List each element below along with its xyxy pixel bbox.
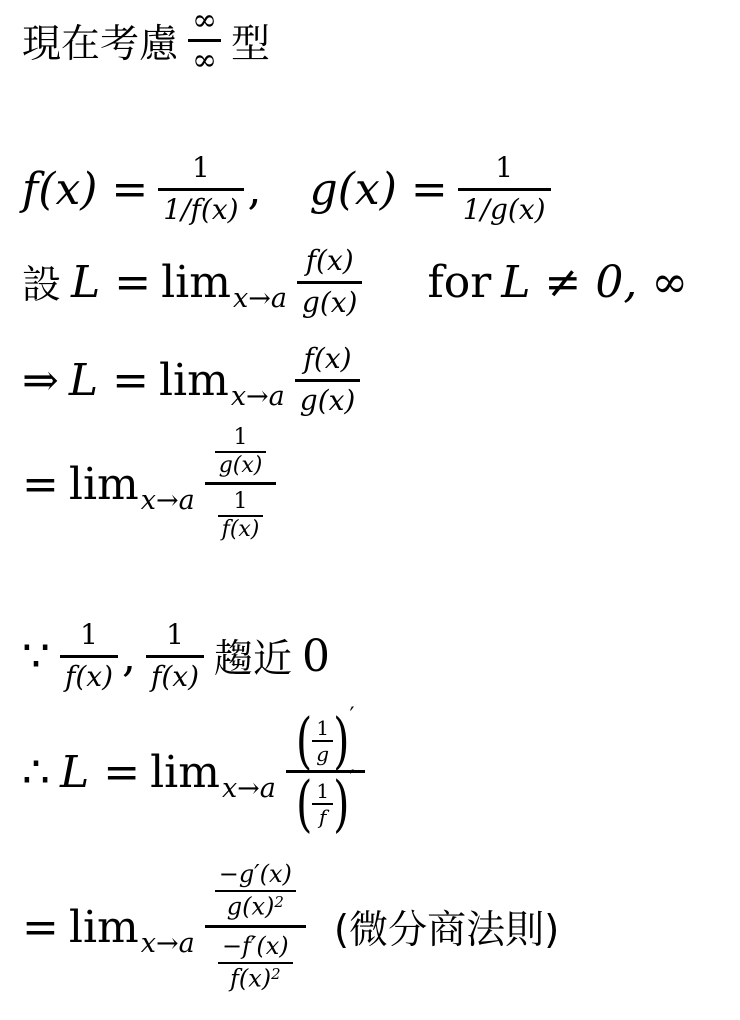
fraction-denominator: f(x)2 — [218, 964, 293, 992]
one-over-f-fraction: 1 f(x) — [60, 619, 118, 692]
let-word: 設 — [22, 254, 61, 310]
fraction-denominator: g(x)2 — [215, 892, 296, 920]
one-over-f-derivative: (1f)′ — [296, 779, 355, 828]
limit-operator: limx→a — [150, 747, 276, 798]
for-word: for — [427, 257, 491, 308]
f-definition-lhs: f(x) = — [22, 164, 148, 215]
definition-line: f(x) = 1 1/f(x) , g(x) = 1 1/g(x) — [22, 150, 551, 228]
one-over-g-derivative: (1g)′ — [296, 716, 355, 765]
lim-word: lim — [69, 902, 139, 953]
condition-text: L ≠ 0, ∞ — [501, 257, 688, 308]
title-suffix: 型 — [231, 13, 270, 69]
limit-setup-line: 設 L = limx→a f(x) g(x) for L ≠ 0, ∞ — [22, 243, 688, 321]
outer-numerator: (1g)′ — [286, 716, 365, 773]
fraction-numerator: 1 — [218, 491, 264, 517]
therefore-symbol: ∴ — [22, 747, 50, 798]
fraction-numerator: f(x) — [297, 245, 363, 283]
f-over-g-fraction: f(x) g(x) — [295, 343, 361, 416]
zero-value: 0 — [302, 631, 330, 682]
fraction-numerator: 1 — [312, 718, 333, 742]
implication-line: ⇒ L = limx→a f(x) g(x) — [22, 340, 360, 420]
fraction-numerator: f(x) — [295, 343, 361, 381]
fraction-numerator: 1 — [60, 619, 118, 657]
limit-subscript: x→a — [222, 773, 276, 804]
infinity-over-infinity-fraction: ∞ ∞ — [188, 4, 221, 79]
L-equals: L = — [60, 747, 140, 798]
limit-operator: limx→a — [159, 355, 285, 406]
denominator-base: f(x) — [230, 964, 271, 992]
limit-operator: limx→a — [69, 902, 195, 953]
one-over-f-fraction: 1 f(x) — [218, 491, 264, 541]
one-over-g-fraction: 1 g(x) — [215, 427, 267, 477]
one-over-f-fraction: 1 f(x) — [146, 619, 204, 692]
lim-word: lim — [159, 355, 229, 406]
squared-exponent: 2 — [274, 893, 283, 911]
fraction-denominator: f(x) — [60, 658, 118, 693]
therefore-line: ∴ L = limx→a (1g)′ (1f)′ — [22, 712, 365, 832]
prime-symbol: ′ — [349, 767, 354, 792]
outer-denominator: −f′(x) f(x)2 — [205, 928, 306, 992]
fraction-numerator: −f′(x) — [218, 934, 293, 964]
limit-subscript: x→a — [141, 485, 195, 516]
g-reciprocal-fraction: 1 1/g(x) — [458, 152, 551, 225]
derivative-ratio-fraction: (1g)′ (1f)′ — [286, 716, 365, 828]
f-derivative-fraction: −f′(x) f(x)2 — [218, 934, 293, 992]
title-prefix: 現在考慮 — [22, 13, 178, 69]
fraction-denominator: g(x) — [215, 453, 267, 477]
lim-word: lim — [69, 459, 139, 510]
fraction-numerator: −g′(x) — [215, 862, 296, 892]
quotient-rule-note: (微分商法則) — [334, 899, 559, 955]
outer-denominator: (1f)′ — [286, 773, 365, 828]
prime-symbol: ′ — [350, 704, 355, 729]
fraction-numerator: ∞ — [188, 4, 221, 43]
approach-word: 趨近 — [214, 628, 292, 684]
L-equals: L = — [71, 257, 151, 308]
outer-denominator: 1 f(x) — [205, 485, 277, 541]
open-paren: ( — [296, 768, 312, 839]
outer-numerator: −g′(x) g(x)2 — [205, 862, 306, 928]
fraction-numerator: 1 — [215, 427, 267, 453]
fraction-denominator: g — [312, 742, 333, 764]
fraction-denominator: ∞ — [188, 42, 221, 79]
page: { "page": { "background": "#ffffff", "te… — [0, 0, 740, 1020]
implies-arrow: ⇒ — [22, 355, 59, 406]
limit-subscript: x→a — [141, 928, 195, 959]
comma: , — [122, 631, 136, 682]
equals-sign: = — [22, 902, 59, 953]
close-paren: ) — [333, 768, 349, 839]
limit-operator: limx→a — [69, 459, 195, 510]
squared-exponent: 2 — [271, 965, 280, 983]
because-line: ∵ 1 f(x) , 1 f(x) 趨近 0 — [22, 617, 330, 695]
reciprocal-ratio-fraction: 1 g(x) 1 f(x) — [205, 427, 277, 541]
outer-numerator: 1 g(x) — [205, 427, 277, 485]
because-symbol: ∵ — [22, 631, 50, 682]
one-over-g-fraction: 1g — [312, 718, 333, 764]
denominator-base: g(x) — [227, 892, 275, 920]
g-definition-lhs: g(x) = — [310, 164, 448, 215]
title-line: 現在考慮 ∞ ∞ 型 — [22, 6, 270, 76]
open-paren: ( — [296, 705, 312, 776]
fraction-denominator: f(x) — [146, 658, 204, 693]
fraction-denominator: 1/f(x) — [158, 191, 243, 226]
f-over-g-fraction: f(x) g(x) — [297, 245, 363, 318]
f-reciprocal-fraction: 1 1/f(x) — [158, 152, 243, 225]
L-equals: L = — [69, 355, 149, 406]
fraction-denominator: g(x) — [295, 382, 361, 417]
fraction-denominator: f(x) — [218, 517, 264, 541]
equals-sign: = — [22, 459, 59, 510]
comma: , — [248, 164, 262, 215]
limit-subscript: x→a — [231, 381, 285, 412]
limit-subscript: x→a — [233, 283, 287, 314]
lim-word: lim — [150, 747, 220, 798]
fraction-numerator: 1 — [146, 619, 204, 657]
g-derivative-fraction: −g′(x) g(x)2 — [215, 862, 296, 920]
fraction-numerator: 1 — [158, 152, 243, 190]
lim-word: lim — [161, 257, 231, 308]
quotient-rule-line: = limx→a −g′(x) g(x)2 −f′(x) f(x)2 (微分商法… — [22, 862, 559, 992]
quotient-rule-fraction: −g′(x) g(x)2 −f′(x) f(x)2 — [205, 862, 306, 993]
fraction-numerator: 1 — [312, 781, 333, 805]
fraction-denominator: 1/g(x) — [458, 191, 551, 226]
one-over-f-fraction: 1f — [312, 781, 333, 827]
reciprocal-line: = limx→a 1 g(x) 1 f(x) — [22, 432, 276, 536]
fraction-denominator: g(x) — [297, 284, 363, 319]
fraction-numerator: 1 — [458, 152, 551, 190]
limit-operator: limx→a — [161, 257, 287, 308]
fraction-denominator: f — [312, 805, 333, 827]
close-paren: ) — [333, 705, 349, 776]
